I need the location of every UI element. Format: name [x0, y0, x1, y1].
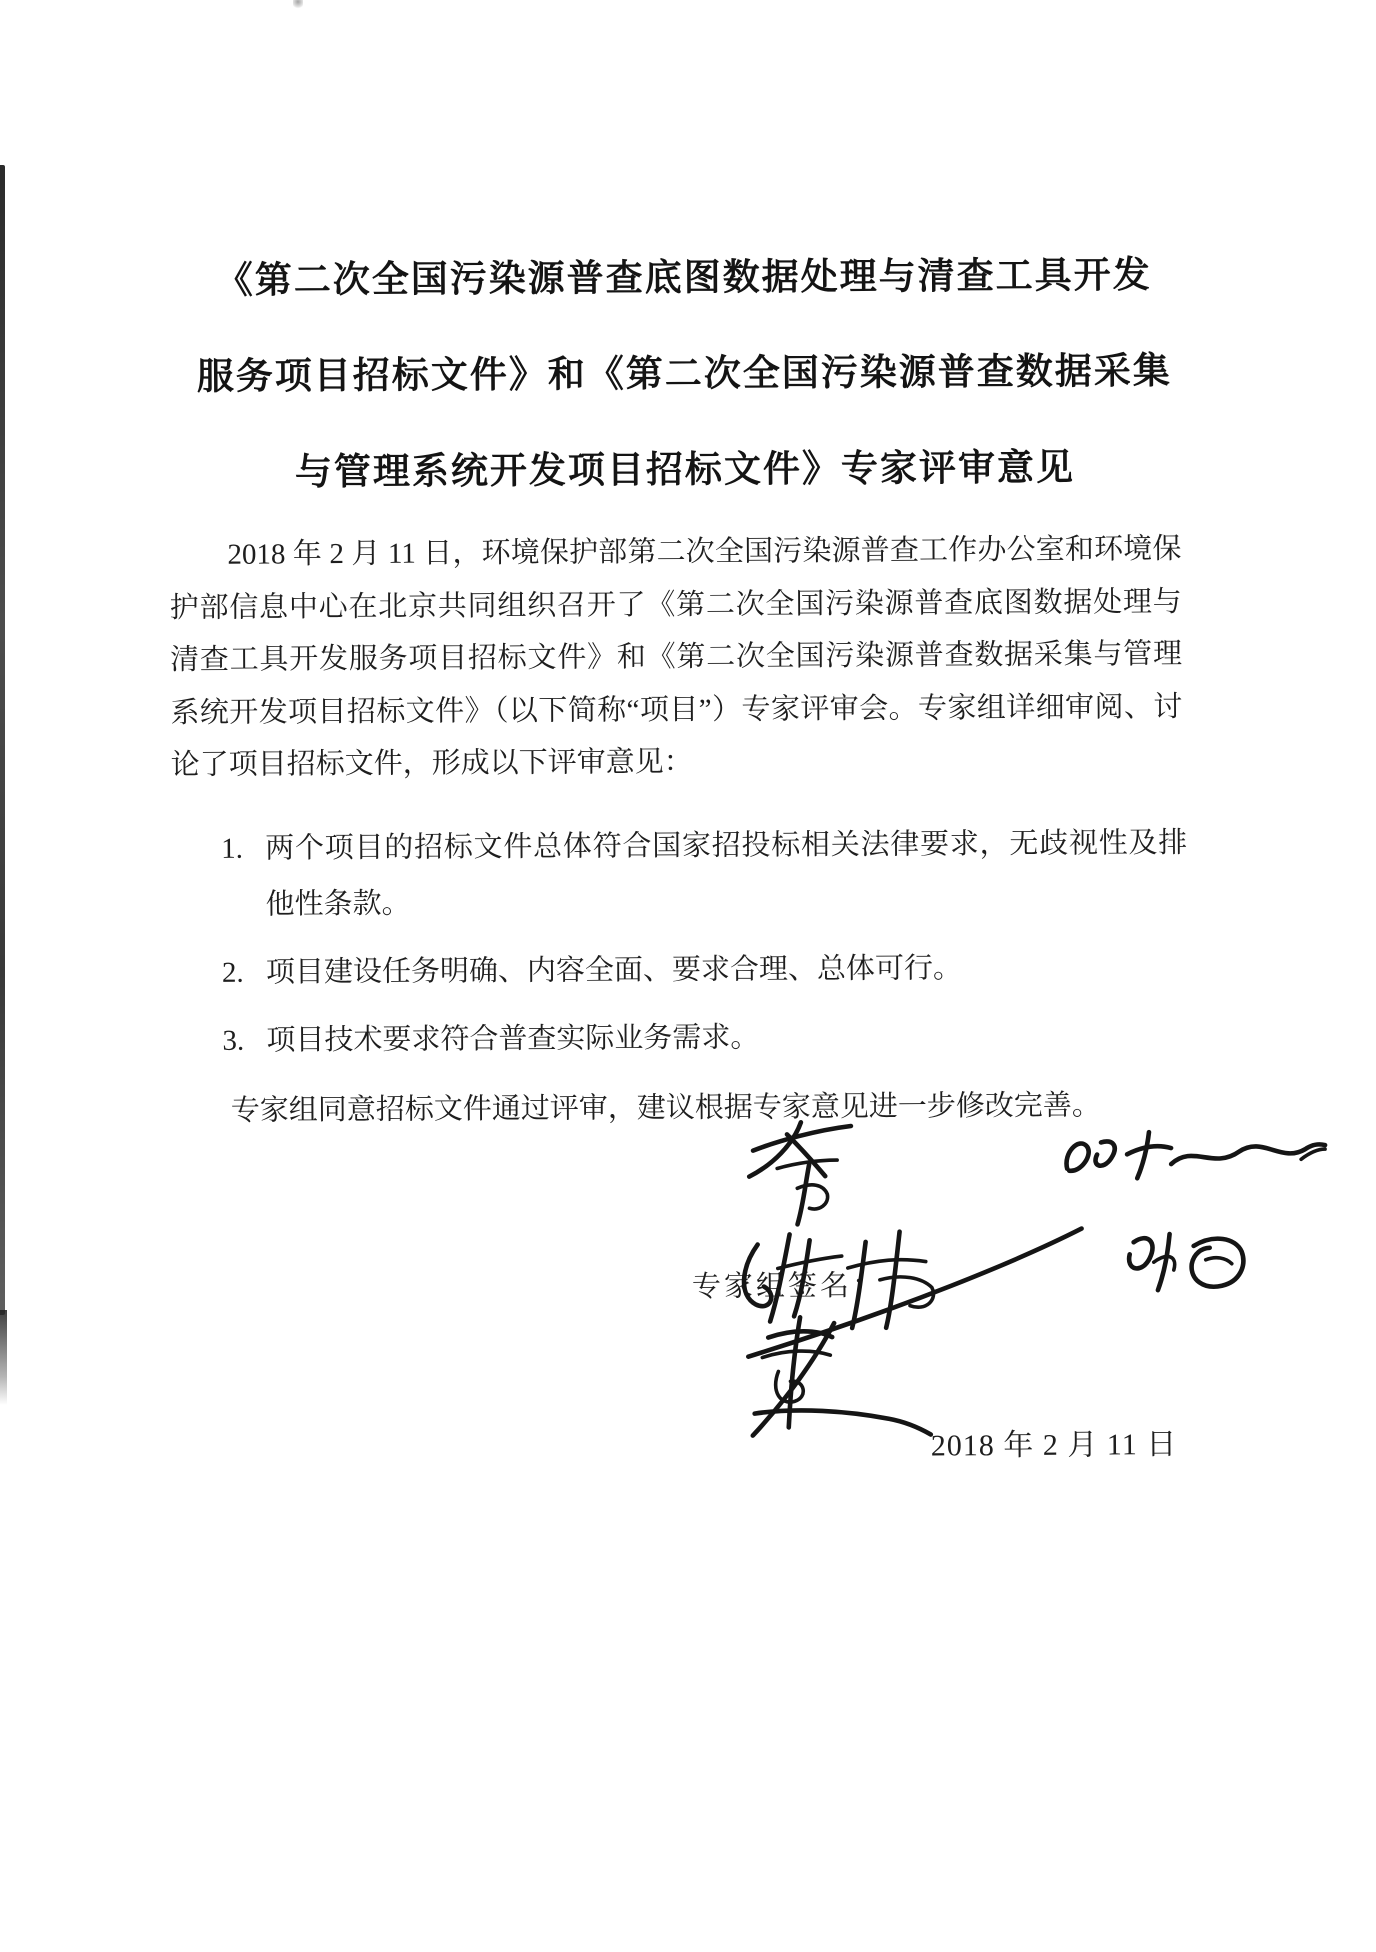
scan-speck-artifact	[293, 0, 303, 9]
document-title: 《第二次全国污染源普查底图数据处理与清查工具开发 服务项目招标文件》和《第二次全…	[115, 226, 1253, 521]
item-number: 3.	[222, 1013, 244, 1069]
item-text: 两个项目的招标文件总体符合国家招投标相关法律要求，无歧视性及排他性条款。	[265, 827, 1187, 921]
item-text: 项目建设任务明确、内容全面、要求合理、总体可行。	[266, 952, 962, 988]
document-content: 《第二次全国污染源普查底图数据处理与清查工具开发 服务项目招标文件》和《第二次全…	[0, 0, 1376, 1952]
item-number: 2.	[222, 945, 244, 1001]
review-opinion-list: 1. 两个项目的招标文件总体符合国家招投标相关法律要求，无歧视性及排他性条款。 …	[221, 815, 1189, 1081]
list-item: 1. 两个项目的招标文件总体符合国家招投标相关法律要求，无歧视性及排他性条款。	[221, 815, 1188, 933]
title-line-3: 与管理系统开发项目招标文件》专家评审意见	[117, 418, 1254, 521]
handwritten-signature-2	[1053, 1119, 1333, 1201]
handwritten-signatures-block	[541, 1091, 1373, 1476]
document-date: 2018 年 2 月 11 日	[931, 1419, 1178, 1465]
title-line-2: 服务项目招标文件》和《第二次全国污染源普查数据采集	[116, 322, 1253, 425]
handwritten-signature-4	[1114, 1219, 1265, 1305]
title-line-1: 《第二次全国污染源普查底图数据处理与清查工具开发	[115, 226, 1252, 329]
list-item: 3. 项目技术要求符合普查实际业务需求。	[222, 1007, 1188, 1069]
scanned-document-page: 《第二次全国污染源普查底图数据处理与清查工具开发 服务项目招标文件》和《第二次全…	[0, 0, 1376, 1952]
intro-paragraph: 2018 年 2 月 11 日，环境保护部第二次全国污染源普查工作办公室和环境保…	[169, 523, 1183, 792]
scanner-edge-artifact	[0, 165, 5, 1315]
handwritten-signature-1	[739, 1116, 860, 1232]
handwritten-signature-5	[736, 1308, 957, 1444]
list-item: 2. 项目建设任务明确、内容全面、要求合理、总体可行。	[222, 939, 1188, 1001]
item-number: 1.	[221, 821, 243, 877]
scanner-edge-artifact-tail	[0, 1310, 7, 1405]
item-text: 项目技术要求符合普查实际业务需求。	[266, 1022, 759, 1057]
